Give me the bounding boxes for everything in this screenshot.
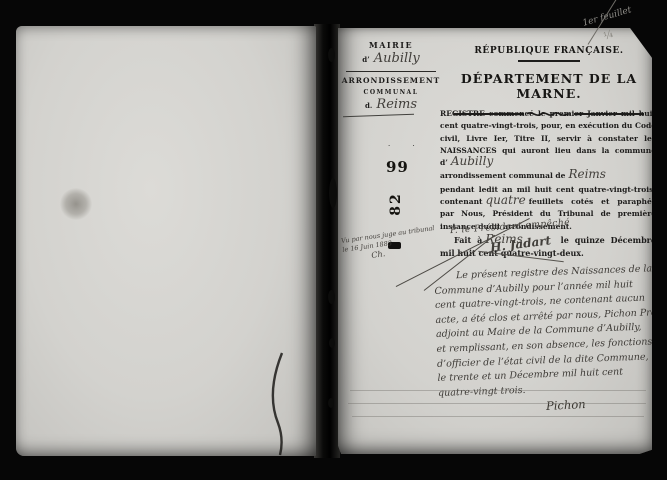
faint-ruling-line [350,390,646,391]
communal-line: d. Reims [340,97,442,112]
republic-title: RÉPUBLIQUE FRANÇAISE. [442,46,656,56]
folio-number-stamp: 99 [386,158,409,176]
register-title-page: MAIRIE d’ Aubilly ARRONDISSEMENT COMMUNA… [338,28,652,454]
side-number-stamp: 82 [388,184,404,224]
binding-ink-blob [328,290,335,304]
marginal-visa-note: Vu par nous juge au tribunal le 16 Juin … [341,223,444,264]
mairie-label: MAIRIE [340,40,442,50]
left-blank-page [16,26,316,456]
corner-folio-note: 1er feuillet [582,5,633,28]
ink-specks: · · [388,142,425,150]
department-title: DÉPARTEMENT DE LA MARNE. [442,71,656,101]
faint-ruling-line [348,403,646,404]
faint-ruling-line [352,416,644,417]
binding-ink-blob [329,178,337,208]
binding-ink-blob [328,48,335,62]
communal-label: COMMUNAL [340,89,442,96]
handwritten-feuillet-count: quatre [486,193,526,207]
pichon-signature: Pichon [546,397,586,413]
binding-ink-blob [328,398,334,408]
mairie-commune-handwritten: Aubilly [374,51,420,66]
handwriting-underline [343,114,414,117]
register-paragraph-commune: REGISTRE commencé le premier Janvier mil… [440,108,656,169]
mairie-commune-line: d’ Aubilly [340,51,442,66]
communal-handwritten: Reims [376,97,417,112]
binding-ink-blob [329,338,335,348]
margin-block: MAIRIE d’ Aubilly ARRONDISSEMENT COMMUNA… [340,40,442,116]
closing-statement: Le présent registre des Naissances de la… [434,262,664,401]
printed-text: arrondissement communal de [440,171,565,180]
page-crease-mark [266,351,292,456]
margin-rule [346,71,436,72]
scanned-register-photo: { "colors": { "background": "#060606", "… [0,0,667,480]
arrondissement-label: ARRONDISSEMENT [340,76,442,85]
short-rule [518,60,580,62]
handwritten-arrondissement: Reims [568,167,606,181]
handwritten-commune: Aubilly [451,154,493,168]
communal-prefix: d. [365,101,372,110]
mairie-prefix: d’ [362,55,369,64]
paper-stain [60,188,92,220]
book-binding-gutter [314,24,340,458]
register-paragraph-arrondissement: arrondissement communal deReims [440,170,656,182]
